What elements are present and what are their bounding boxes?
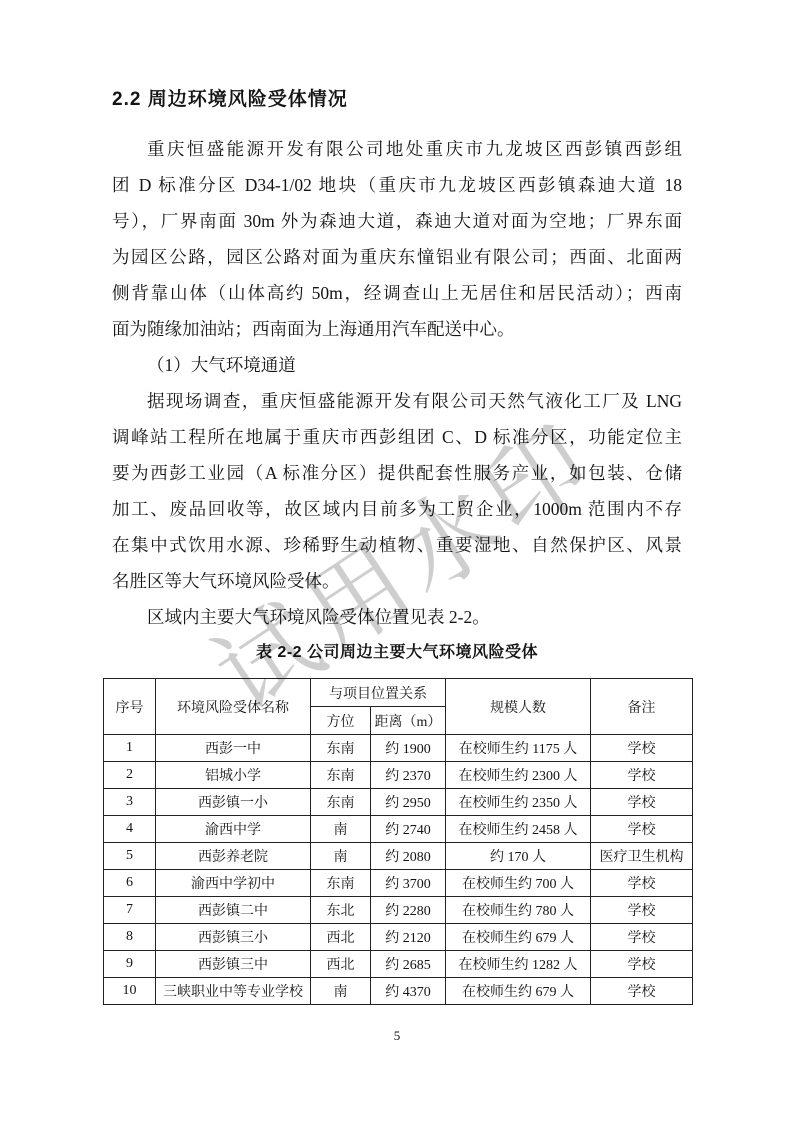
text-line: 为园区公路，园区公路对面为重庆东憧铝业有限公司；西面、北面两	[112, 239, 682, 275]
table-row: 6渝西中学初中东南约 3700在校师生约 700 人学校	[104, 870, 693, 897]
text-line: 加工、废品回收等，故区域内目前多为工贸企业，1000m 范围内不存	[112, 491, 682, 527]
cell-direction: 西北	[311, 924, 371, 951]
header-name: 环境风险受体名称	[156, 679, 311, 735]
text-line: 名胜区等大气环境风险受体。	[112, 563, 682, 599]
cell-scale: 在校师生约 2300 人	[446, 762, 591, 789]
text-line: 侧背靠山体（山体高约 50m，经调查山上无居住和居民活动）；西南	[112, 275, 682, 311]
cell-name: 西彭一中	[156, 735, 311, 762]
table-header: 序号 环境风险受体名称 与项目位置关系 规模人数 备注 方位 距离（m）	[104, 679, 693, 735]
cell-note: 学校	[591, 870, 693, 897]
table-caption: 表 2-2 公司周边主要大气环境风险受体	[112, 640, 682, 666]
cell-distance: 约 2370	[371, 762, 446, 789]
cell-name: 西彭镇二中	[156, 897, 311, 924]
cell-direction: 南	[311, 843, 371, 870]
cell-scale: 在校师生约 2350 人	[446, 789, 591, 816]
cell-scale: 约 170 人	[446, 843, 591, 870]
text-line: 据现场调查，重庆恒盛能源开发有限公司天然气液化工厂及 LNG	[112, 383, 682, 419]
paragraph-location: 重庆恒盛能源开发有限公司地处重庆市九龙坡区西彭镇西彭组 团 D 标准分区 D34…	[112, 131, 682, 347]
cell-name: 西彭养老院	[156, 843, 311, 870]
cell-note: 学校	[591, 924, 693, 951]
cell-direction: 西北	[311, 951, 371, 978]
cell-distance: 约 4370	[371, 978, 446, 1005]
header-seq: 序号	[104, 679, 156, 735]
cell-note: 学校	[591, 897, 693, 924]
cell-seq: 3	[104, 789, 156, 816]
cell-distance: 约 2120	[371, 924, 446, 951]
cell-name: 渝西中学初中	[156, 870, 311, 897]
table-row: 10三峡职业中等专业学校南约 4370在校师生约 679 人学校	[104, 978, 693, 1005]
text-line: 重庆恒盛能源开发有限公司地处重庆市九龙坡区西彭镇西彭组	[112, 131, 682, 167]
text-line: 在集中式饮用水源、珍稀野生动植物、重要湿地、自然保护区、风景	[112, 527, 682, 563]
header-relation: 与项目位置关系	[311, 679, 446, 707]
cell-seq: 1	[104, 735, 156, 762]
table-row: 8西彭镇三小西北约 2120在校师生约 679 人学校	[104, 924, 693, 951]
cell-name: 西彭镇一小	[156, 789, 311, 816]
table-row: 9西彭镇三中西北约 2685在校师生约 1282 人学校	[104, 951, 693, 978]
risk-receptor-table: 序号 环境风险受体名称 与项目位置关系 规模人数 备注 方位 距离（m） 1西彭…	[103, 678, 693, 1005]
paragraph-survey: 据现场调查，重庆恒盛能源开发有限公司天然气液化工厂及 LNG 调峰站工程所在地属…	[112, 383, 682, 599]
cell-distance: 约 2685	[371, 951, 446, 978]
cell-note: 学校	[591, 951, 693, 978]
cell-scale: 在校师生约 700 人	[446, 870, 591, 897]
cell-seq: 9	[104, 951, 156, 978]
cell-distance: 约 2080	[371, 843, 446, 870]
header-scale: 规模人数	[446, 679, 591, 735]
page-content: 2.2 周边环境风险受体情况 重庆恒盛能源开发有限公司地处重庆市九龙坡区西彭镇西…	[112, 88, 682, 1005]
cell-scale: 在校师生约 1282 人	[446, 951, 591, 978]
cell-note: 学校	[591, 816, 693, 843]
table-row: 5西彭养老院南约 2080约 170 人医疗卫生机构	[104, 843, 693, 870]
cell-note: 学校	[591, 789, 693, 816]
cell-direction: 东南	[311, 870, 371, 897]
section-heading: 2.2 周边环境风险受体情况	[112, 88, 682, 112]
text-line: 号），厂界南面 30m 外为森迪大道，森迪大道对面为空地；厂界东面	[112, 203, 682, 239]
table-row: 2铝城小学东南约 2370在校师生约 2300 人学校	[104, 762, 693, 789]
cell-scale: 在校师生约 780 人	[446, 897, 591, 924]
cell-note: 学校	[591, 762, 693, 789]
cell-direction: 东北	[311, 897, 371, 924]
text-line: 要为西彭工业园（A 标准分区）提供配套性服务产业，如包装、仓储	[112, 455, 682, 491]
cell-direction: 南	[311, 978, 371, 1005]
cell-distance: 约 2280	[371, 897, 446, 924]
text-line: 团 D 标准分区 D34-1/02 地块（重庆市九龙坡区西彭镇森迪大道 18	[112, 167, 682, 203]
cell-distance: 约 2950	[371, 789, 446, 816]
cell-direction: 东南	[311, 735, 371, 762]
header-direction: 方位	[311, 707, 371, 735]
cell-scale: 在校师生约 679 人	[446, 924, 591, 951]
cell-note: 医疗卫生机构	[591, 843, 693, 870]
cell-note: 学校	[591, 735, 693, 762]
table-reference-line: 区域内主要大气环境风险受体位置见表 2-2。	[112, 599, 682, 635]
cell-seq: 4	[104, 816, 156, 843]
cell-scale: 在校师生约 1175 人	[446, 735, 591, 762]
cell-distance: 约 2740	[371, 816, 446, 843]
cell-seq: 5	[104, 843, 156, 870]
header-note: 备注	[591, 679, 693, 735]
header-distance: 距离（m）	[371, 707, 446, 735]
page-number: 5	[0, 1028, 794, 1044]
cell-name: 三峡职业中等专业学校	[156, 978, 311, 1005]
cell-seq: 2	[104, 762, 156, 789]
table-row: 3西彭镇一小东南约 2950在校师生约 2350 人学校	[104, 789, 693, 816]
cell-direction: 东南	[311, 789, 371, 816]
text-line: 面为随缘加油站；西南面为上海通用汽车配送中心。	[112, 311, 682, 347]
cell-name: 西彭镇三小	[156, 924, 311, 951]
cell-scale: 在校师生约 2458 人	[446, 816, 591, 843]
table-row: 1西彭一中东南约 1900在校师生约 1175 人学校	[104, 735, 693, 762]
cell-seq: 10	[104, 978, 156, 1005]
cell-distance: 约 1900	[371, 735, 446, 762]
cell-name: 渝西中学	[156, 816, 311, 843]
cell-seq: 6	[104, 870, 156, 897]
cell-scale: 在校师生约 679 人	[446, 978, 591, 1005]
table-row: 7西彭镇二中东北约 2280在校师生约 780 人学校	[104, 897, 693, 924]
table-body: 1西彭一中东南约 1900在校师生约 1175 人学校2铝城小学东南约 2370…	[104, 735, 693, 1005]
table-row: 4渝西中学南约 2740在校师生约 2458 人学校	[104, 816, 693, 843]
subsection-title: （1）大气环境通道	[112, 347, 682, 383]
cell-note: 学校	[591, 978, 693, 1005]
cell-seq: 7	[104, 897, 156, 924]
cell-direction: 东南	[311, 762, 371, 789]
cell-name: 西彭镇三中	[156, 951, 311, 978]
text-line: 调峰站工程所在地属于重庆市西彭组团 C、D 标准分区，功能定位主	[112, 419, 682, 455]
cell-seq: 8	[104, 924, 156, 951]
cell-name: 铝城小学	[156, 762, 311, 789]
cell-distance: 约 3700	[371, 870, 446, 897]
cell-direction: 南	[311, 816, 371, 843]
document-page: 试用水印 2.2 周边环境风险受体情况 重庆恒盛能源开发有限公司地处重庆市九龙坡…	[0, 0, 794, 1123]
